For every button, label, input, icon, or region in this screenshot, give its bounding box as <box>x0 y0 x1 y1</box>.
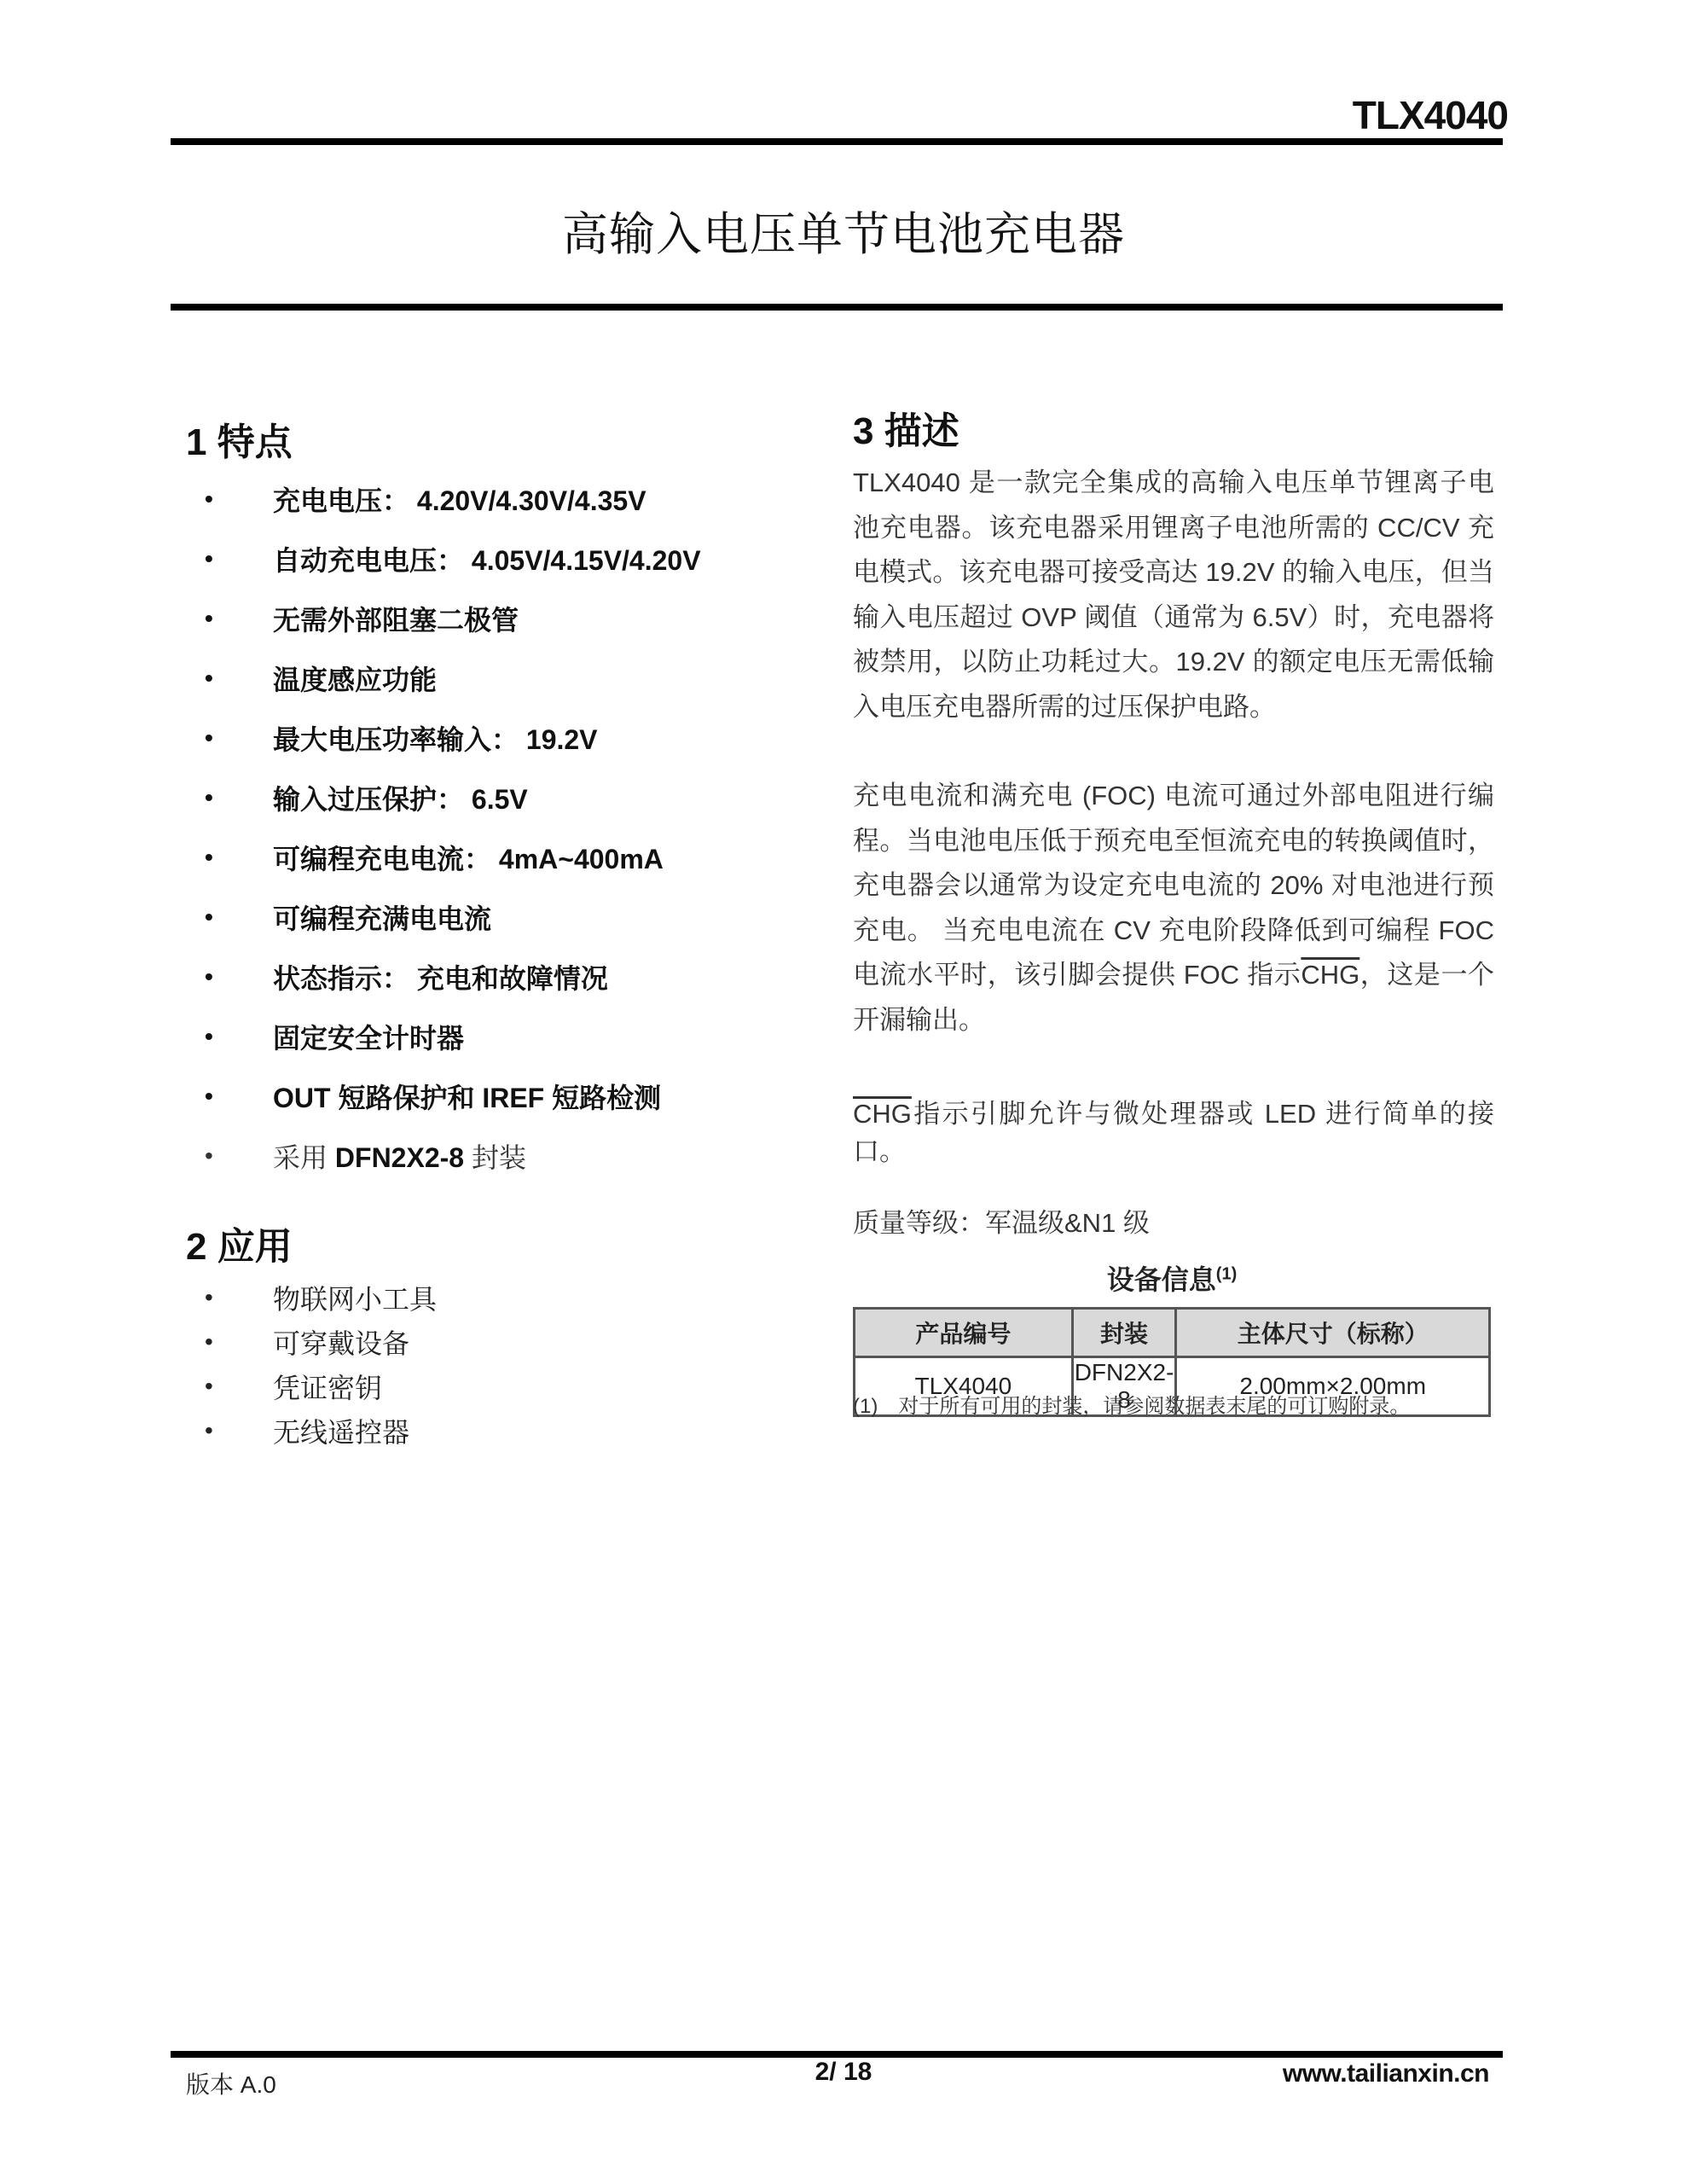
feature-item: •可编程充满电电流 <box>186 887 834 947</box>
feature-text: OUT 短路保护和 IREF 短路检测 <box>273 1077 661 1116</box>
column-header: 封装 <box>1072 1309 1176 1357</box>
feature-item: •OUT 短路保护和 IREF 短路检测 <box>186 1066 834 1126</box>
application-item: •凭证密钥 <box>186 1364 834 1409</box>
bullet-icon: • <box>186 1142 273 1170</box>
application-text: 可穿戴设备 <box>273 1322 409 1362</box>
bullet-icon: • <box>186 1284 273 1311</box>
part-number: TLX4040 <box>1353 92 1508 138</box>
bullet-icon: • <box>186 485 273 513</box>
features-heading: 1 特点 <box>186 411 834 466</box>
bullet-icon: • <box>186 1023 273 1050</box>
bullet-icon: • <box>186 665 273 692</box>
feature-item: •无需外部阻塞二极管 <box>186 589 834 648</box>
bullet-icon: • <box>186 844 273 871</box>
feature-item: •采用 DFN2X2-8 封装 <box>186 1126 834 1186</box>
bullet-icon: • <box>186 1417 273 1444</box>
feature-item: •最大电压功率输入： 19.2V <box>186 708 834 768</box>
feature-item: •固定安全计时器 <box>186 1007 834 1066</box>
title-rule <box>171 304 1503 311</box>
feature-text: 充电电压： 4.20V/4.30V/4.35V <box>273 479 646 519</box>
feature-text: 输入过压保护： 6.5V <box>273 778 528 817</box>
feature-text: 最大电压功率输入： 19.2V <box>273 718 598 758</box>
feature-item: •充电电压： 4.20V/4.30V/4.35V <box>186 469 834 529</box>
bullet-icon: • <box>186 1083 273 1110</box>
description-paragraph-2: 充电电流和满充电 (FOC) 电流可通过外部电阻进行编程。当电池电压低于预充电至… <box>853 774 1494 1043</box>
bullet-icon: • <box>186 724 273 752</box>
application-item: •可穿戴设备 <box>186 1320 834 1364</box>
website-link[interactable]: www.tailianxin.cn <box>1283 2059 1489 2088</box>
application-item: •无线遥控器 <box>186 1409 834 1453</box>
description-section: 3 描述 TLX4040 是一款完全集成的高输入电压单节锂离子电池充电器。该充电… <box>853 408 1494 1246</box>
bullet-icon: • <box>186 545 273 572</box>
feature-text: 温度感应功能 <box>273 659 437 698</box>
feature-item: •输入过压保护： 6.5V <box>186 768 834 828</box>
feature-text: 采用 DFN2X2-8 封装 <box>273 1136 526 1176</box>
application-text: 物联网小工具 <box>273 1278 437 1317</box>
feature-text: 自动充电电压： 4.05V/4.15V/4.20V <box>273 539 701 578</box>
bullet-icon: • <box>186 605 273 632</box>
footer-rule <box>171 2051 1503 2058</box>
application-item: •物联网小工具 <box>186 1275 834 1320</box>
table-footnote: (1) 对于所有可用的封装，请参阅数据表末尾的可订购附录。 <box>853 1389 1410 1419</box>
bullet-icon: • <box>186 784 273 811</box>
description-paragraph-1: TLX4040 是一款完全集成的高输入电压单节锂离子电池充电器。该充电器采用锂离… <box>853 461 1494 729</box>
feature-item: •可编程充电电流： 4mA~400mA <box>186 828 834 887</box>
applications-section: 2 应用 •物联网小工具•可穿戴设备•凭证密钥•无线遥控器 <box>186 1216 834 1453</box>
document-title: 高输入电压单节电池充电器 <box>0 198 1687 264</box>
description-heading: 3 描述 <box>853 408 1494 456</box>
feature-item: •状态指示： 充电和故障情况 <box>186 947 834 1007</box>
feature-item: •温度感应功能 <box>186 648 834 708</box>
features-section: 1 特点 •充电电压： 4.20V/4.30V/4.35V•自动充电电压： 4.… <box>186 411 834 1186</box>
applications-list: •物联网小工具•可穿戴设备•凭证密钥•无线遥控器 <box>186 1275 834 1453</box>
bullet-icon: • <box>186 1373 273 1400</box>
table-header-row: 产品编号 封装 主体尺寸（标称） <box>855 1309 1490 1357</box>
chg-pin-label: CHG <box>853 1099 912 1129</box>
quality-grade: 质量等级：军温级&N1 级 <box>853 1201 1494 1246</box>
header-rule <box>171 138 1503 145</box>
description-paragraph-3: CHG指示引脚允许与微处理器或 LED 进行简单的接口。 <box>853 1095 1494 1170</box>
column-header: 产品编号 <box>855 1309 1073 1357</box>
feature-text: 固定安全计时器 <box>273 1017 464 1056</box>
feature-text: 可编程充满电电流 <box>273 897 491 937</box>
application-text: 凭证密钥 <box>273 1367 382 1406</box>
chg-pin-label: CHG <box>1301 960 1359 990</box>
applications-heading: 2 应用 <box>186 1216 834 1270</box>
device-table-caption: 设备信息(1) <box>853 1258 1491 1298</box>
column-header: 主体尺寸（标称） <box>1176 1309 1490 1357</box>
bullet-icon: • <box>186 1328 273 1356</box>
features-list: •充电电压： 4.20V/4.30V/4.35V•自动充电电压： 4.05V/4… <box>186 469 834 1186</box>
application-text: 无线遥控器 <box>273 1411 409 1450</box>
feature-text: 状态指示： 充电和故障情况 <box>273 957 608 996</box>
bullet-icon: • <box>186 903 273 931</box>
feature-text: 可编程充电电流： 4mA~400mA <box>273 838 664 877</box>
feature-text: 无需外部阻塞二极管 <box>273 599 519 638</box>
feature-item: •自动充电电压： 4.05V/4.15V/4.20V <box>186 529 834 589</box>
bullet-icon: • <box>186 963 273 990</box>
